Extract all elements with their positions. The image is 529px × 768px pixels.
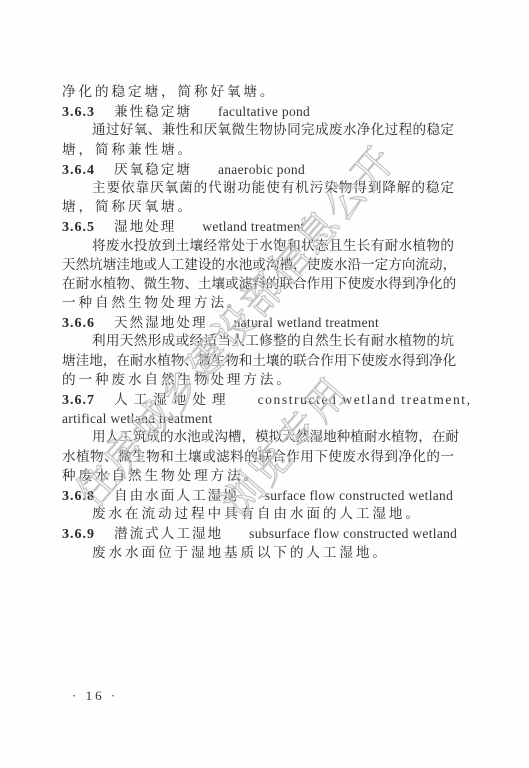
term-en: natural wetland treatment [234,315,379,330]
term-number: 3.6.5 [62,218,114,237]
term-en: wetland treatment [202,219,304,234]
term-en: surface flow constructed wetland [265,488,453,503]
definition-line: 通过好氧、兼性和厌氧微生物协同完成废水净化过程的稳定 [62,121,454,140]
term-cn: 兼性稳定塘 [114,103,192,122]
definition-line: 塘，简称兼性塘。 [62,141,454,160]
term-heading-3-6-7: 3.6.7人工湿地处理constructed wetland treatment… [62,390,454,409]
term-heading-3-6-4: 3.6.4厌氧稳定塘anaerobic pond [62,160,454,179]
term-number: 3.6.9 [62,525,114,544]
term-en: constructed wetland treatment, [258,392,472,407]
document-page: 净化的稳定塘，简称好氧塘。 3.6.3兼性稳定塘facultative pond… [62,83,454,563]
definition-line: 废水在流动过程中具有自由水面的人工湿地。 [62,505,454,524]
definition-line: 天然坑塘洼地或人工建设的水池或沟槽，使废水沿一定方向流动， [62,256,454,275]
term-cn: 厌氧稳定塘 [114,161,192,180]
term-cn: 潜流式人工湿地 [114,525,223,544]
definition-line: 将废水投放到土壤经常处于水饱和状态且生长有耐水植物的 [62,237,454,256]
term-heading-3-6-8: 3.6.8自由水面人工湿地surface flow constructed we… [62,486,454,505]
definition-line: 在耐水植物、微生物、土壤或滤料的联合作用下使废水得到净化的 [62,275,454,294]
term-cn: 自由水面人工湿地 [114,487,239,506]
term-cn: 湿地处理 [114,218,176,237]
definition-line: 塘，简称厌氧塘。 [62,198,454,217]
page-number: · 16 · [72,688,118,704]
term-number: 3.6.4 [62,161,114,180]
term-heading-3-6-3: 3.6.3兼性稳定塘facultative pond [62,102,454,121]
paragraph-continuation: 净化的稳定塘，简称好氧塘。 [62,83,454,102]
term-en: facultative pond [218,104,310,119]
definition-line: 的一种废水自然生物处理方法。 [62,371,454,390]
definition-line: 种废水自然生物处理方法。 [62,467,454,486]
term-cn: 人工湿地处理 [114,391,232,410]
definition-line: 水植物、微生物和土壤或滤料的联合作用下使废水得到净化的一 [62,448,454,467]
term-en-continuation: artifical wetland treatment [62,409,454,428]
definition-line: 用人工筑成的水池或沟槽，模拟天然湿地种植耐水植物，在耐 [62,428,454,447]
term-number: 3.6.3 [62,103,114,122]
term-en: subsurface flow constructed wetland [249,526,457,541]
definition-line: 塘洼地，在耐水植物、微生物和土壤的联合作用下使废水得到净化 [62,352,454,371]
term-en: anaerobic pond [218,162,305,177]
definition-line: 一种自然生物处理方法。 [62,294,454,313]
term-cn: 天然湿地处理 [114,314,208,333]
term-heading-3-6-6: 3.6.6天然湿地处理natural wetland treatment [62,313,454,332]
term-en: artifical wetland treatment [62,411,213,426]
term-number: 3.6.6 [62,314,114,333]
term-heading-3-6-9: 3.6.9潜流式人工湿地subsurface flow constructed … [62,524,454,543]
definition-line: 利用天然形成或经适当人工修整的自然生长有耐水植物的坑 [62,332,454,351]
term-heading-3-6-5: 3.6.5湿地处理wetland treatment [62,217,454,236]
definition-line: 废水水面位于湿地基质以下的人工湿地。 [62,544,454,563]
definition-line: 主要依靠厌氧菌的代谢功能使有机污染物得到降解的稳定 [62,179,454,198]
term-number: 3.6.8 [62,487,114,506]
term-number: 3.6.7 [62,391,114,410]
